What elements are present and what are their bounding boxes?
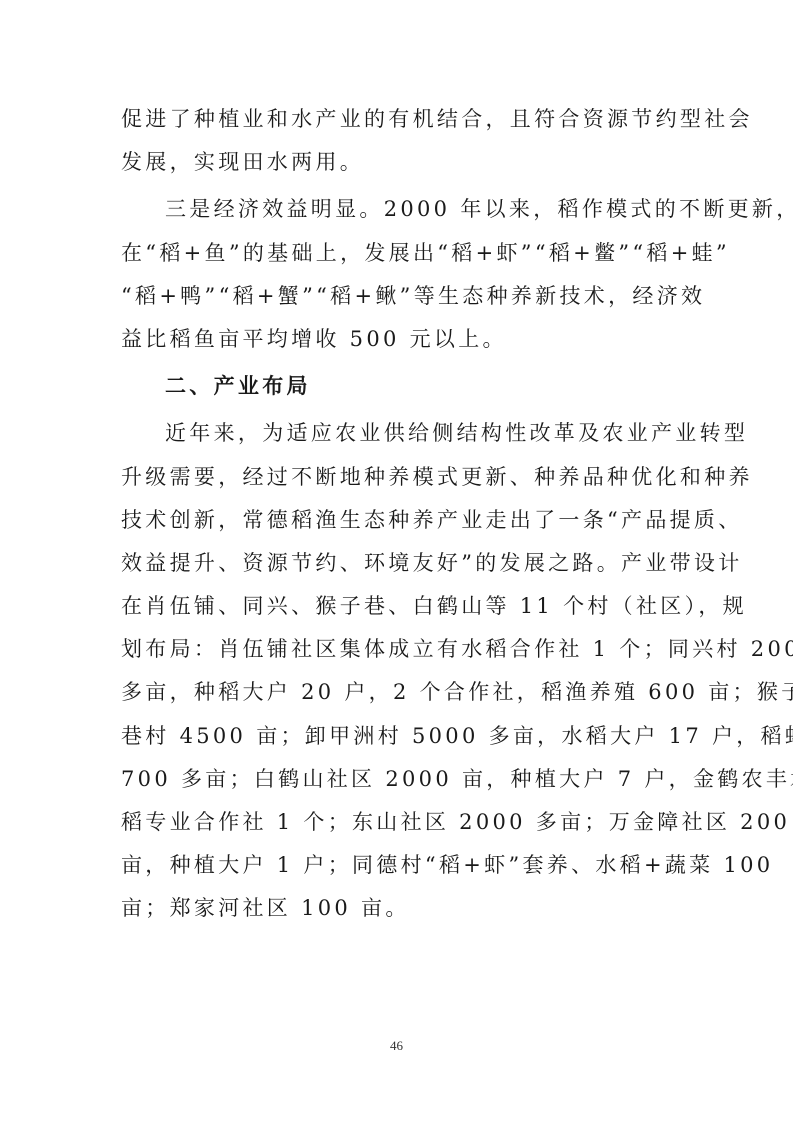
text-line: 效益提升、资源节约、环境友好”的发展之路。产业带设计 xyxy=(121,542,674,585)
paragraph-economic-benefit: 三是经济效益明显。2000 年以来，稻作模式的不断更新， 在“稻+鱼”的基础上，… xyxy=(121,188,674,361)
text-line: 促进了种植业和水产业的有机结合，且符合资源节约型社会 xyxy=(121,98,674,141)
text-line: 在“稻+鱼”的基础上，发展出“稻+虾”“稻+鳖”“稻+蛙” xyxy=(121,232,674,275)
document-page: 促进了种植业和水产业的有机结合，且符合资源节约型社会 发展，实现田水两用。 三是… xyxy=(121,98,674,931)
text-line: 技术创新，常德稻渔生态种养产业走出了一条“产品提质、 xyxy=(121,499,674,542)
text-line: 近年来，为适应农业供给侧结构性改革及农业产业转型 xyxy=(121,412,674,455)
text-line: 巷村 4500 亩；卸甲洲村 5000 多亩，水稻大户 17 户，稻虾 xyxy=(121,715,674,758)
text-line: 三是经济效益明显。2000 年以来，稻作模式的不断更新， xyxy=(121,188,674,231)
text-line: 稻专业合作社 1 个；东山社区 2000 多亩；万金障社区 200 xyxy=(121,801,674,844)
section-heading: 二、产业布局 xyxy=(121,365,674,408)
text-line: 亩；郑家河社区 100 亩。 xyxy=(121,887,674,930)
paragraph-continuation: 促进了种植业和水产业的有机结合，且符合资源节约型社会 发展，实现田水两用。 xyxy=(121,98,674,184)
text-line: 划布局：肖伍铺社区集体成立有水稻合作社 1 个；同兴村 2000 xyxy=(121,628,674,671)
paragraph-industry-layout: 近年来，为适应农业供给侧结构性改革及农业产业转型 升级需要，经过不断地种养模式更… xyxy=(121,412,674,930)
page-number: 46 xyxy=(0,1038,793,1054)
text-line: 亩，种植大户 1 户；同德村“稻+虾”套养、水稻+蔬菜 100 xyxy=(121,844,674,887)
text-line: “稻+鸭”“稻+蟹”“稻+鳅”等生态种养新技术，经济效 xyxy=(121,275,674,318)
section-heading-text: 二、产业布局 xyxy=(121,365,674,408)
text-line: 在肖伍铺、同兴、猴子巷、白鹤山等 11 个村（社区），规 xyxy=(121,585,674,628)
text-line: 升级需要，经过不断地种养模式更新、种养品种优化和种养 xyxy=(121,456,674,499)
text-line: 发展，实现田水两用。 xyxy=(121,141,674,184)
text-line: 700 多亩；白鹤山社区 2000 亩，种植大户 7 户，金鹤农丰水 xyxy=(121,758,674,801)
text-line: 多亩，种稻大户 20 户，2 个合作社，稻渔养殖 600 亩；猴子 xyxy=(121,671,674,714)
text-line: 益比稻鱼亩平均增收 500 元以上。 xyxy=(121,318,674,361)
